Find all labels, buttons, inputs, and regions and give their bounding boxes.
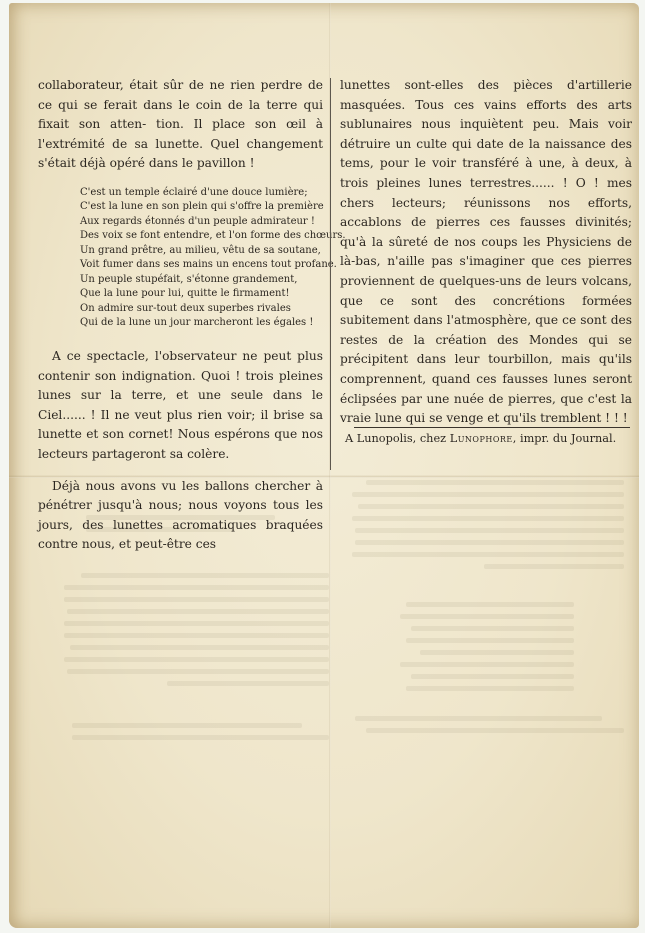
verse-line: Des voix se font entendre, et l'on forme…: [80, 229, 323, 244]
paragraph-continuation: collaborateur, était sûr de ne rien perd…: [38, 76, 323, 174]
paragraph-ballons: Déjà nous avons vu les ballons chercher …: [38, 477, 323, 555]
imprint-prefix: A Lunopolis, chez: [345, 432, 450, 445]
verse-line: Voit fumer dans ses mains un encens tout…: [80, 258, 323, 273]
left-column: collaborateur, était sûr de ne rien perd…: [38, 76, 323, 555]
verse-line: Aux regards étonnés d'un peuple admirate…: [80, 215, 323, 230]
verse-line: Un peuple stupéfait, s'étonne grandement…: [80, 273, 323, 288]
verse-line: On admire sur-tout deux superbes rivales: [80, 302, 323, 317]
verse-line: C'est un temple éclairé d'une douce lumi…: [80, 186, 323, 201]
paper-page: collaborateur, était sûr de ne rien perd…: [9, 3, 639, 928]
show-through-texture-right: [344, 473, 624, 793]
imprint-separator-rule: [354, 427, 630, 428]
imprint-printer: Lunophore: [450, 432, 513, 445]
verse-block: C'est un temple éclairé d'une douce lumi…: [80, 186, 323, 331]
verse-line: Qui de la lune un jour marcheront les ég…: [80, 316, 323, 331]
paragraph-lunettes: lunettes sont-elles des pièces d'artille…: [340, 76, 632, 429]
paragraph-spectacle: A ce spectacle, l'observateur ne peut pl…: [38, 347, 323, 465]
column-divider-rule: [330, 78, 331, 470]
verse-line: C'est la lune en son plein qui s'offre l…: [80, 200, 323, 215]
imprint-suffix: , impr. du Journal.: [513, 432, 616, 445]
imprint-line: A Lunopolis, chez Lunophore, impr. du Jo…: [345, 432, 640, 445]
right-column: lunettes sont-elles des pièces d'artille…: [340, 76, 632, 429]
verse-line: Un grand prêtre, au milieu, vêtu de sa s…: [80, 244, 323, 259]
verse-line: Que la lune pour lui, quitte le firmamen…: [80, 287, 323, 302]
